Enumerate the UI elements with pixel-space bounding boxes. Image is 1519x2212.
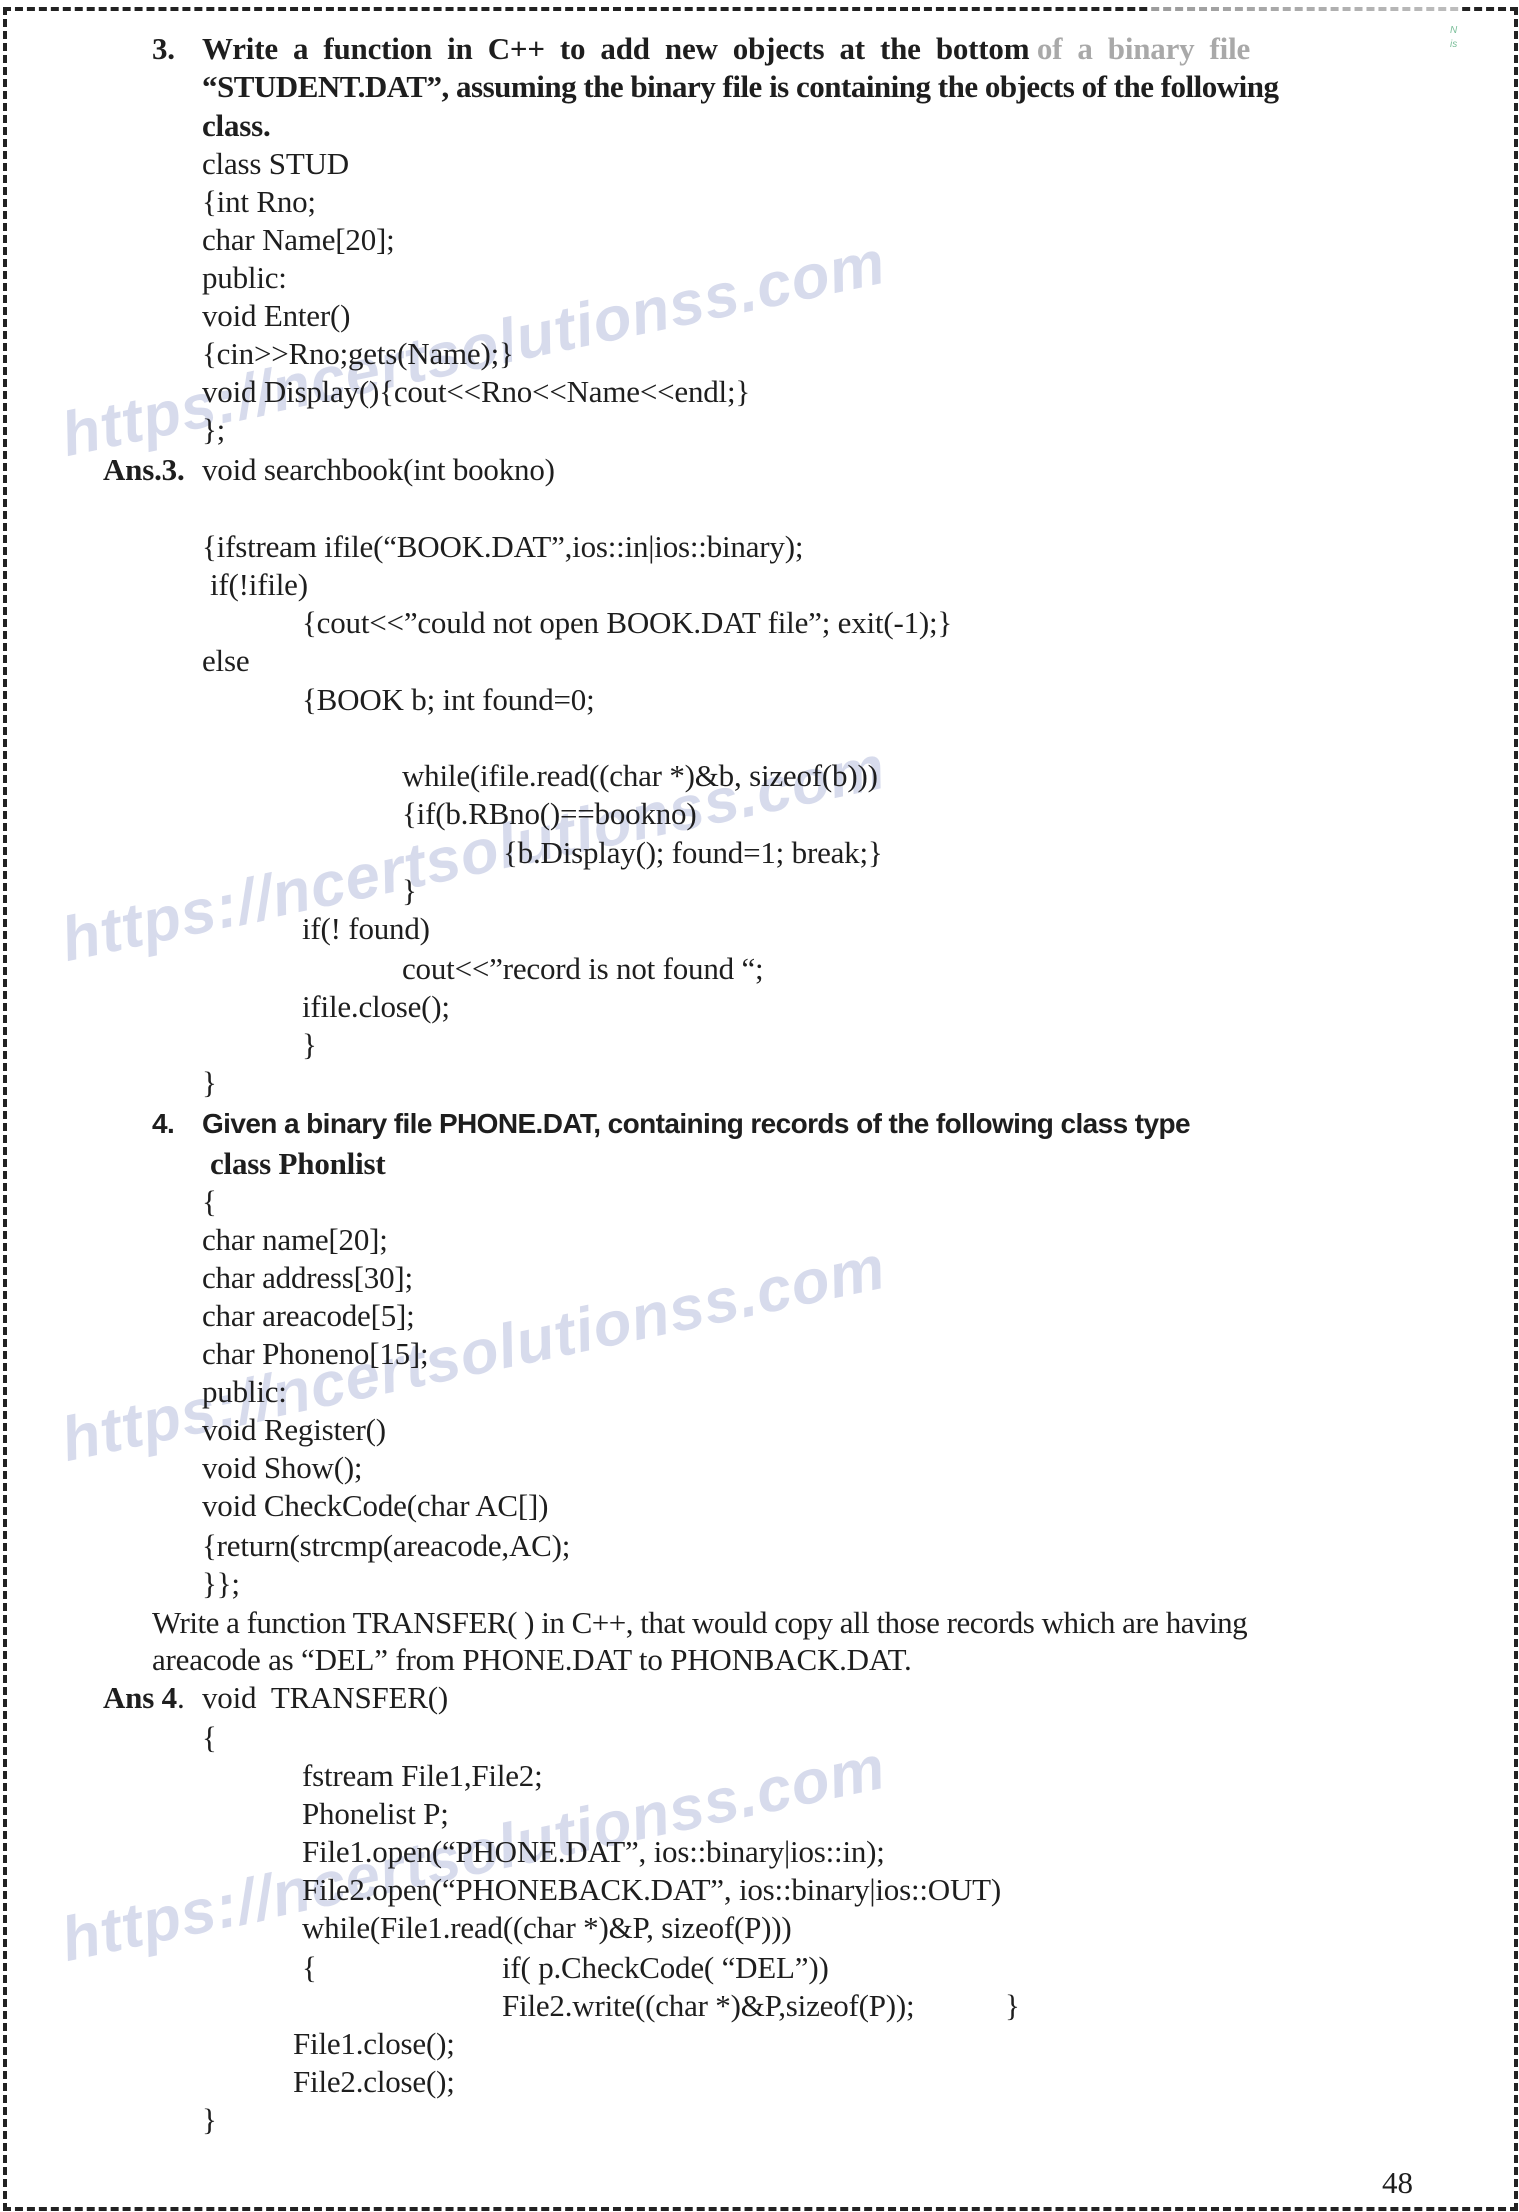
corner-mark-text: is — [1450, 38, 1457, 52]
page-number: 48 — [1382, 2165, 1413, 2201]
code-line: char address[30]; — [202, 1259, 413, 1297]
code-line: File2.write((char *)&P,sizeof(P)); — [502, 1987, 914, 2025]
code-line: void Display(){cout<<Rno<<Name<<endl;} — [202, 373, 750, 411]
code-line: void Register() — [202, 1411, 386, 1449]
code-line: } — [402, 872, 417, 910]
code-line: public: — [202, 1373, 287, 1411]
answer-4-signature: void TRANSFER() — [202, 1679, 448, 1717]
code-line: char areacode[5]; — [202, 1297, 415, 1335]
question-4-number: 4. — [152, 1105, 174, 1143]
code-line: char Phoneno[15]; — [202, 1335, 428, 1373]
code-line: {if(b.RBno()==bookno) — [402, 795, 696, 833]
code-line: void CheckCode(char AC[]) — [202, 1487, 548, 1525]
question-4-heading: Given a binary file PHONE.DAT, containin… — [202, 1105, 1190, 1143]
code-line: cout<<”record is not found “; — [402, 950, 763, 988]
document-page: https://ncertsolutionss.com https://ncer… — [0, 0, 1519, 2212]
code-line: while(ifile.read((char *)&b, sizeof(b))) — [402, 757, 878, 795]
code-line: { — [302, 1949, 317, 1987]
code-line: void Show(); — [202, 1449, 362, 1487]
code-line: Phonelist P; — [302, 1795, 449, 1833]
code-line: {int Rno; — [202, 183, 316, 221]
border-faded-segment — [1150, 3, 1460, 13]
answer-4-label-suffix: . — [177, 1680, 185, 1715]
code-line: if( p.CheckCode( “DEL”)) — [502, 1949, 829, 1987]
answer-3-label: Ans.3. — [103, 451, 185, 489]
code-line: void Enter() — [202, 297, 350, 335]
code-line: }; — [202, 411, 225, 449]
code-line: } — [202, 2101, 217, 2139]
code-line: File1.open(“PHONE.DAT”, ios::binary|ios:… — [302, 1833, 885, 1871]
question-3-line-1-dark: Write a function in C++ to add new objec… — [202, 31, 1029, 66]
code-line: if(!ifile) — [210, 566, 308, 604]
code-line: { — [202, 1183, 217, 1221]
code-line: } — [1005, 1987, 1020, 2025]
question-3-line-2: “STUDENT.DAT”, assuming the binary file … — [202, 68, 1279, 106]
code-line: }}; — [202, 1565, 240, 1603]
code-line: { — [202, 1719, 217, 1757]
code-line: {BOOK b; int found=0; — [302, 681, 595, 719]
code-line: while(File1.read((char *)&P, sizeof(P))) — [302, 1909, 792, 1947]
code-line: File2.close(); — [293, 2063, 455, 2101]
corner-mark-text: N — [1450, 24, 1457, 38]
answer-4-label: Ans 4. — [103, 1679, 185, 1717]
code-line: else — [202, 642, 249, 680]
code-line: } — [302, 1026, 317, 1064]
code-line: if(! found) — [302, 910, 430, 948]
code-line: File1.close(); — [293, 2025, 455, 2063]
question-3-line-1-faded: of a binary file — [1029, 31, 1250, 66]
question-3-line-1: Write a function in C++ to add new objec… — [202, 30, 1250, 68]
question-4-task-line-2: areacode as “DEL” from PHONE.DAT to PHON… — [152, 1641, 912, 1679]
code-line: char Name[20]; — [202, 221, 395, 259]
answer-3-signature: void searchbook(int bookno) — [202, 451, 555, 489]
code-line: {cout<<”could not open BOOK.DAT file”; e… — [302, 604, 952, 642]
code-line: public: — [202, 259, 287, 297]
code-line: ifile.close(); — [302, 988, 450, 1026]
code-line: {b.Display(); found=1; break;} — [503, 834, 883, 872]
code-line: } — [202, 1064, 217, 1102]
code-line: {cin>>Rno;gets(Name);} — [202, 335, 514, 373]
code-line: char name[20]; — [202, 1221, 388, 1259]
question-3-line-3: class. — [202, 107, 271, 145]
question-4-class-title: class Phonlist — [210, 1145, 385, 1183]
corner-mark: N is — [1450, 24, 1457, 52]
answer-4-label-text: Ans 4 — [103, 1680, 177, 1715]
code-line: {ifstream ifile(“BOOK.DAT”,ios::in|ios::… — [202, 528, 803, 566]
code-line: {return(strcmp(areacode,AC); — [202, 1527, 570, 1565]
question-3-number: 3. — [152, 30, 175, 68]
question-4-task-line-1: Write a function TRANSFER( ) in C++, tha… — [152, 1604, 1247, 1642]
code-line: class STUD — [202, 145, 349, 183]
code-line: File2.open(“PHONEBACK.DAT”, ios::binary|… — [302, 1871, 1001, 1909]
code-line: fstream File1,File2; — [302, 1757, 543, 1795]
